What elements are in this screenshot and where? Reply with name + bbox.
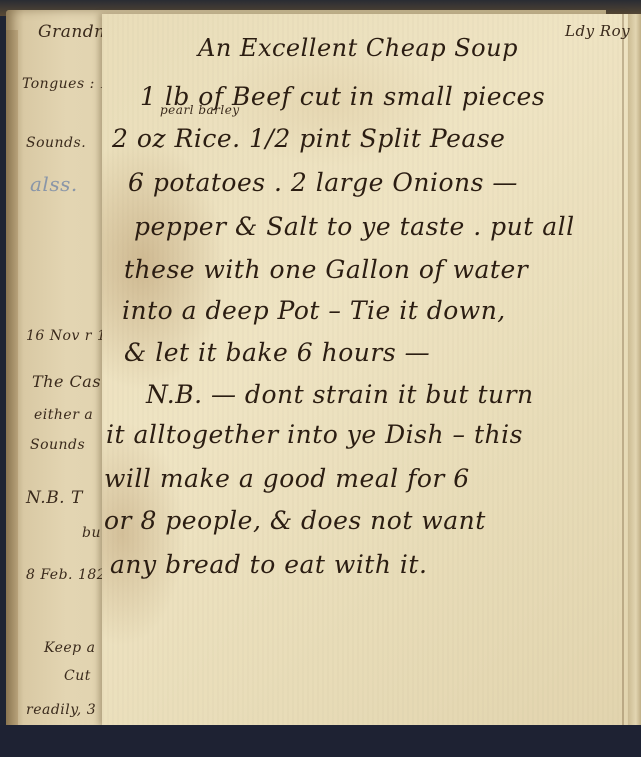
page-fold [622,14,624,726]
recipe-line-2: 2 oz Rice. 1/2 pint Split Pease [112,124,505,153]
book-binding-bottom [0,725,641,757]
pencil-note: alss. [30,172,78,196]
recipe-line-3: 6 potatoes . 2 large Onions — [128,168,518,197]
margin-note-nb: N.B. T [26,488,83,508]
recipe-line-5: these with one Gallon of water [124,255,528,284]
margin-note-the-cas: The Cas. [32,372,107,391]
corner-note: Ldy Roy [565,22,630,40]
recipe-line-1: 1 lb of Beef cut in small pieces [140,82,545,111]
margin-note-bu: bu [82,525,101,541]
margin-note-tongues: Tongues : 1 [22,76,109,92]
recipe-line-6: into a deep Pot – Tie it down, [122,296,506,325]
recipe-line-4: pepper & Salt to ye taste . put all [134,212,575,241]
manuscript-scan: Grandma Tongues : 1 Sounds. alss. 16 Nov… [0,0,641,757]
margin-note-cut: Cut [64,668,91,684]
margin-note-either: either a [34,407,93,423]
margin-note-keep: Keep a [44,640,95,656]
page-edge [6,30,18,750]
recipe-line-9: it alltogether into ye Dish – this [106,420,523,449]
margin-note-sounds: Sounds. [26,135,86,151]
recipe-line-10: will make a good meal for 6 [104,464,470,493]
recipe-line-8: N.B. — dont strain it but turn [146,380,534,409]
margin-note-sounds-2: Sounds [30,437,85,453]
margin-note-date-feb: 8 Feb. 182 [26,567,106,583]
recipe-line-12: any bread to eat with it. [110,550,427,579]
page-right-edge [628,14,641,726]
recipe-title: An Excellent Cheap Soup [198,34,518,62]
recipe-line-7: & let it bake 6 hours — [124,338,430,367]
recipe-line-11: or 8 people, & does not want [104,506,486,535]
recipe-page [102,14,628,726]
